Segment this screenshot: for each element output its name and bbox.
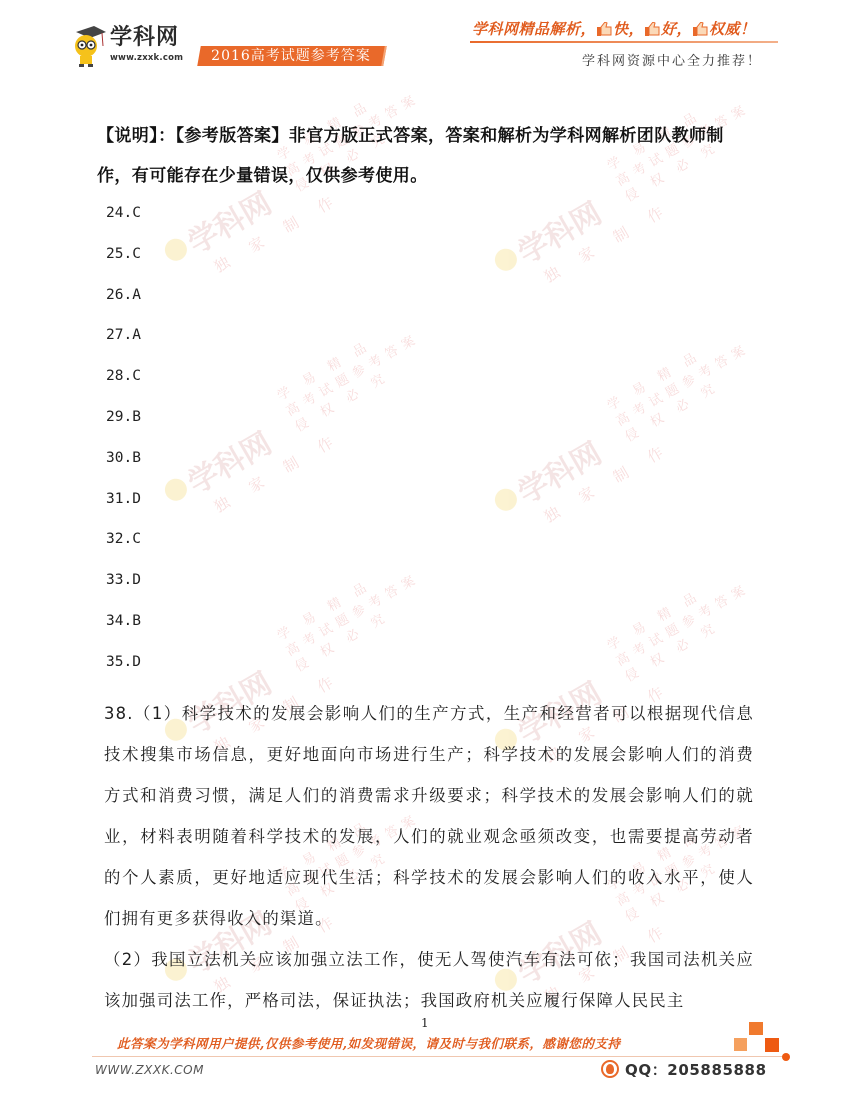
wm-line1: 学 易 精 品 bbox=[604, 324, 745, 416]
watermark-lines: 学 易 精 品高考试题参考答案侵 权 必 究 bbox=[604, 564, 763, 687]
answer-item: 31.D bbox=[106, 489, 141, 530]
answer-item: 32.C bbox=[106, 529, 141, 570]
thumbs-up-icon bbox=[693, 22, 708, 36]
answer-item: 33.D bbox=[106, 570, 141, 611]
answer-item: 30.B bbox=[106, 448, 141, 489]
decorative-square bbox=[734, 1038, 747, 1051]
thumbs-up-icon bbox=[645, 22, 660, 36]
answer-item: 34.B bbox=[106, 611, 141, 652]
slogan-authority: 权威！ bbox=[709, 20, 756, 38]
slogan-fast: 快， bbox=[613, 20, 644, 38]
wm-line3: 侵 权 必 究 bbox=[292, 585, 433, 677]
tagline: 学科网资源中心全力推荐！ bbox=[582, 50, 762, 69]
wm-line2: 高考试题参考答案 bbox=[283, 570, 424, 662]
page-number: 1 bbox=[421, 1016, 429, 1030]
slogan-text: 学科网精品解析， bbox=[472, 20, 596, 38]
watermark: 学科网 学 易 精 品高考试题参考答案侵 权 必 究 独 家 制 作 bbox=[137, 323, 422, 557]
wm-line1: 学 易 精 品 bbox=[274, 554, 415, 646]
exam-banner-label: 2016高考试题参考答案 bbox=[199, 46, 383, 66]
decorative-square bbox=[765, 1038, 779, 1052]
decorative-dot bbox=[782, 1053, 790, 1061]
answer-item: 25.C bbox=[106, 244, 141, 285]
mascot-icon bbox=[72, 24, 106, 68]
watermark-mascot-icon bbox=[491, 245, 521, 275]
watermark-logo: 学科网 bbox=[508, 429, 608, 512]
answer-list: 24.C 25.C 26.A 27.A 28.C 29.B 30.B 31.D … bbox=[106, 203, 141, 693]
answer-item: 26.A bbox=[106, 285, 141, 326]
wm-line3: 侵 权 必 究 bbox=[622, 595, 763, 687]
answer-item: 24.C bbox=[106, 203, 141, 244]
wm-line2: 高考试题参考答案 bbox=[283, 330, 424, 422]
wm-line1: 学 易 精 品 bbox=[604, 564, 745, 656]
qq-number: QQ：205885888 bbox=[625, 1061, 767, 1079]
wm-line2: 高考试题参考答案 bbox=[613, 580, 754, 672]
answer-item: 29.B bbox=[106, 407, 141, 448]
essay-part-2: （2）我国立法机关应该加强立法工作，使无人驾使汽车有法可依；我国司法机关应该加强… bbox=[104, 939, 754, 1021]
slogan: 学科网精品解析，快，好，权威！ bbox=[472, 18, 772, 40]
footer-notice: 此答案为学科网用户提供,仅供参考使用,如发现错误，请及时与我们联系，感谢您的支持 bbox=[117, 1033, 727, 1052]
watermark: 学科网 学 易 精 品高考试题参考答案侵 权 必 究 独 家 制 作 bbox=[467, 333, 752, 567]
footer-url: WWW.ZXXK.COM bbox=[95, 1063, 204, 1077]
exam-banner: 2016高考试题参考答案 bbox=[197, 46, 387, 66]
wm-line3: 侵 权 必 究 bbox=[292, 345, 433, 437]
watermark-bottom: 独 家 制 作 bbox=[210, 427, 345, 517]
watermark-bottom: 独 家 制 作 bbox=[540, 437, 675, 527]
watermark-mascot-icon bbox=[161, 475, 191, 505]
watermark-logo: 学科网 bbox=[508, 189, 608, 272]
watermark-mascot-icon bbox=[491, 485, 521, 515]
essay-part-1: 38.（1）科学技术的发展会影响人们的生产方式，生产和经营者可以根据现代信息技术… bbox=[104, 693, 754, 939]
decorative-square bbox=[749, 1022, 763, 1035]
watermark-lines: 学 易 精 品高考试题参考答案侵 权 必 究 bbox=[604, 324, 763, 447]
logo-name: 学科网 bbox=[110, 26, 179, 50]
essay-answer-38: 38.（1）科学技术的发展会影响人们的生产方式，生产和经营者可以根据现代信息技术… bbox=[104, 693, 754, 1021]
answer-item: 28.C bbox=[106, 366, 141, 407]
wm-line3: 侵 权 必 究 bbox=[622, 355, 763, 447]
wm-line1: 学 易 精 品 bbox=[274, 314, 415, 406]
logo-url: www.zxxk.com bbox=[110, 53, 183, 63]
answer-item: 35.D bbox=[106, 652, 141, 693]
thumbs-up-icon bbox=[597, 22, 612, 36]
qq-icon bbox=[601, 1060, 619, 1078]
watermark-bottom: 独 家 制 作 bbox=[210, 187, 345, 277]
watermark-logo: 学科网 bbox=[178, 419, 278, 502]
wm-line2: 高考试题参考答案 bbox=[613, 340, 754, 432]
watermark-mascot-icon bbox=[161, 235, 191, 265]
header-divider bbox=[470, 41, 778, 43]
disclaimer-note: 【说明】：【参考版答案】非官方版正式答案，答案和解析为学科网解析团队教师制作，有… bbox=[97, 116, 757, 196]
site-logo: 学科网 www.zxxk.com bbox=[72, 22, 192, 70]
watermark-lines: 学 易 精 品高考试题参考答案侵 权 必 究 bbox=[274, 314, 433, 437]
answer-item: 27.A bbox=[106, 325, 141, 366]
watermark-lines: 学 易 精 品高考试题参考答案侵 权 必 究 bbox=[274, 554, 433, 677]
footer-divider bbox=[92, 1056, 782, 1057]
qq-contact: QQ：205885888 bbox=[601, 1059, 767, 1081]
watermark-bottom: 独 家 制 作 bbox=[540, 197, 675, 287]
slogan-good: 好， bbox=[661, 20, 692, 38]
